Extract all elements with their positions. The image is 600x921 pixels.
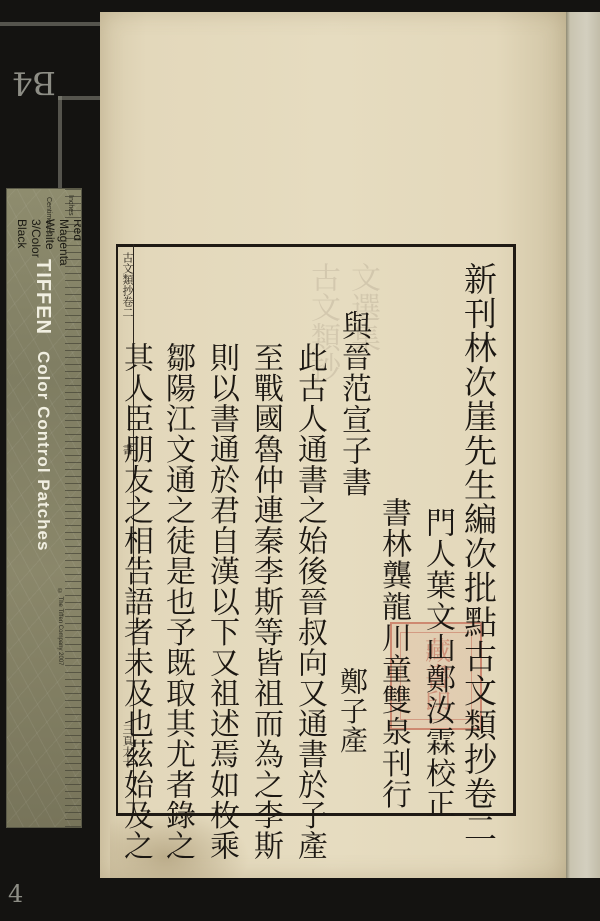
grid-line-top xyxy=(0,22,100,26)
fold-title: 古文類抄卷二 xyxy=(119,252,135,318)
patch-label: White xyxy=(43,219,57,819)
grid-line-mid xyxy=(58,96,100,100)
patch-label: Magenta xyxy=(57,219,71,819)
publisher-credit-column: 書林龔龍川童雙泉刊行 xyxy=(378,497,408,810)
book-title-column: 新刊林次崖先生編次批點古文類抄卷二 xyxy=(462,262,495,845)
patch-labels: Blue Cyan Green Yellow Red Magenta White… xyxy=(15,219,82,819)
book-spine-edge xyxy=(566,12,600,878)
text-line-4: 鄒陽江文通之徒是也予既取其尤者錄之 xyxy=(162,342,192,861)
inches-label: Inches xyxy=(67,195,74,216)
text-line-2: 至戰國魯仲連秦李斯等皆祖而為之李斯 xyxy=(250,342,280,861)
patch-label: Red xyxy=(71,219,82,819)
grid-label-b4: B4 xyxy=(12,64,56,102)
grid-label-4: 4 xyxy=(8,880,23,908)
patch-label: Black xyxy=(15,219,29,819)
text-line-3: 則以書通於君自漢以下又祖述焉如枚乘 xyxy=(206,342,236,861)
book-page: 古文類抄 文選集 古文類抄卷二 書 三頁大十 藏書印 新刊林次崖先生編次批點古文… xyxy=(100,12,566,878)
patch-label: 3/Color xyxy=(29,219,43,819)
essay-author: 鄭子產 xyxy=(338,667,366,755)
essay-title-column: 與晉范宣子書 xyxy=(338,310,368,498)
text-line-5: 其人臣朋友之相告語者未及也茲始及之 xyxy=(120,342,150,861)
color-control-strip: Centimetres Inches TIFFEN Color Control … xyxy=(6,188,82,828)
editor-credit-column: 門人葉文山鄭汝霖校正 xyxy=(422,507,452,820)
grid-line-vertical xyxy=(58,96,62,188)
text-line-1: 此古人通書之始後晉叔向又通書於子產 xyxy=(294,342,324,861)
